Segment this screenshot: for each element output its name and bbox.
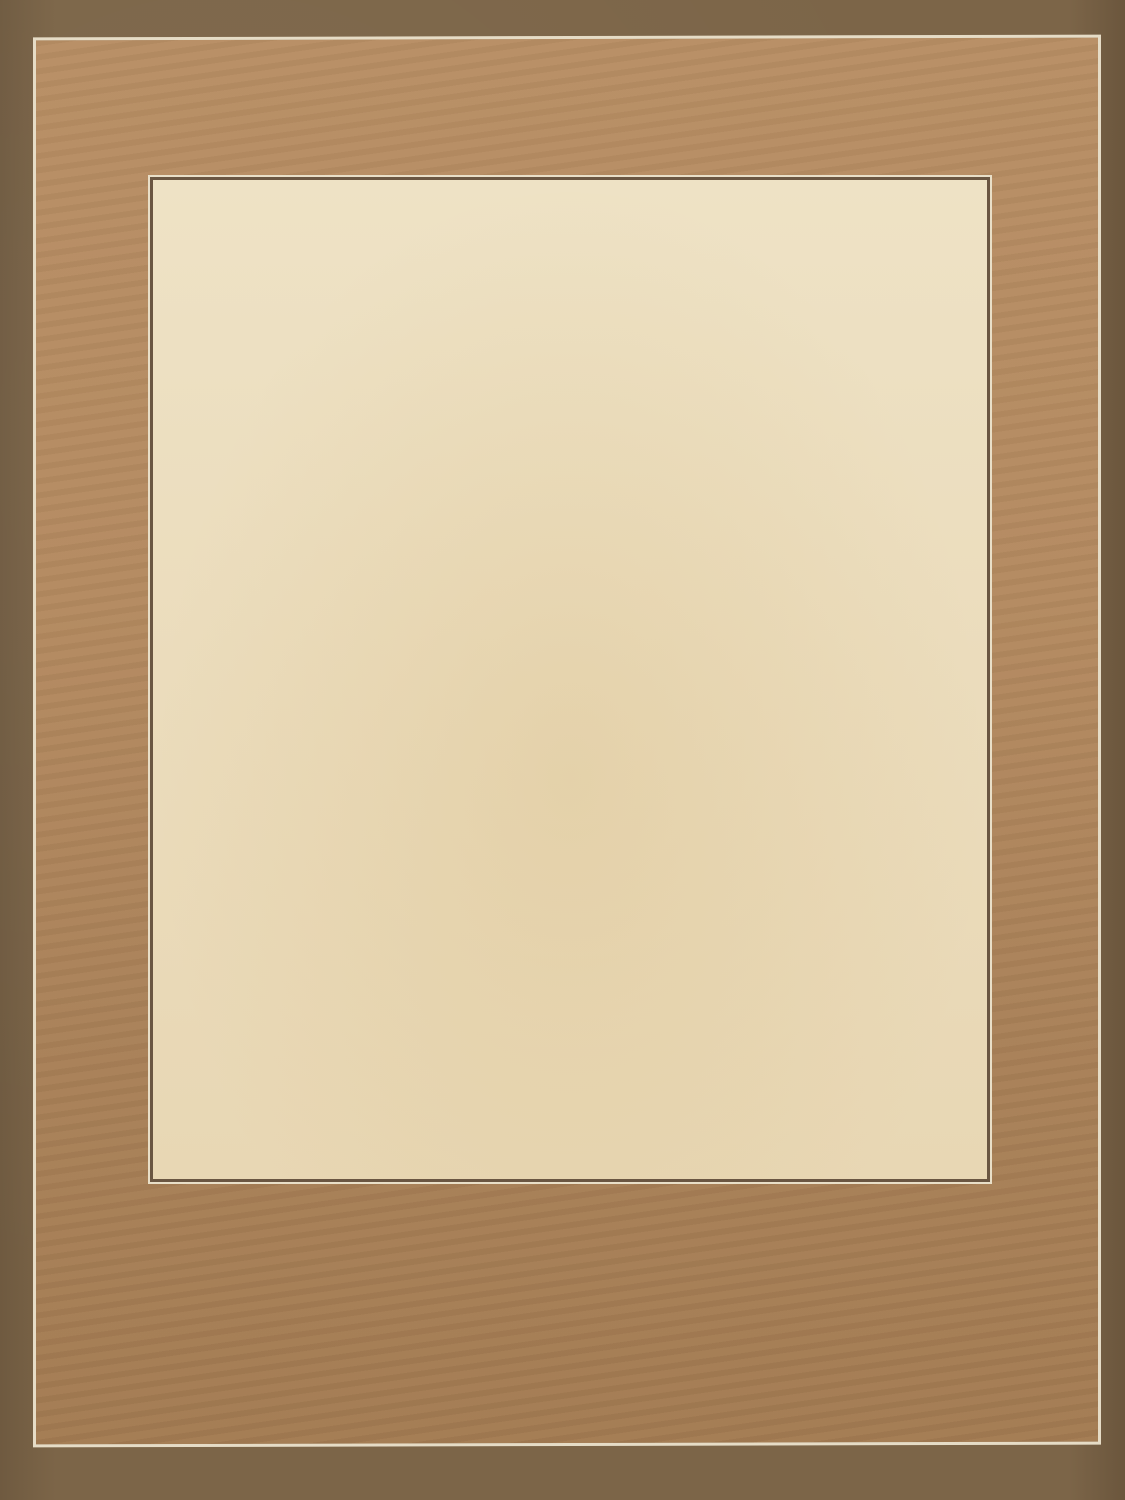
cream-center-panel xyxy=(150,177,990,1182)
rug xyxy=(0,0,1125,1500)
